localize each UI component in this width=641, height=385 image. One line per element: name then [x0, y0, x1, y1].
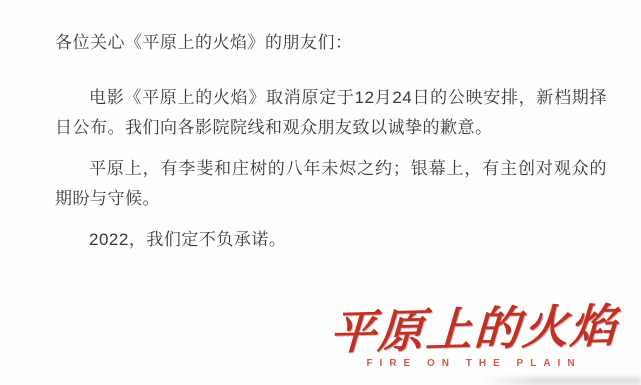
- announcement-card: 各位关心《平原上的火焰》的朋友们： 电影《平原上的火焰》取消原定于12月24日的…: [0, 0, 641, 385]
- salutation-line: 各位关心《平原上的火焰》的朋友们：: [55, 28, 607, 58]
- paragraph-2022-pledge: 2022，我们定不负承诺。: [55, 225, 607, 255]
- paragraph-cancellation-notice: 电影《平原上的火焰》取消原定于12月24日的公映安排，新档期择日公布。我们向各影…: [55, 83, 607, 143]
- movie-title-english: FIRE ON THE PLAIN: [319, 358, 629, 369]
- paragraph-promise-on-plain: 平原上，有李斐和庄树的八年未烬之约；银幕上，有主创对观众的期盼与守候。: [55, 154, 607, 214]
- cropped-watermark-smudge: [481, 377, 641, 385]
- announcement-text-block: 各位关心《平原上的火焰》的朋友们： 电影《平原上的火焰》取消原定于12月24日的…: [55, 28, 607, 266]
- movie-logo: 平原上的火焰 FIRE ON THE PLAIN: [319, 304, 629, 369]
- movie-title-calligraphy: 平原上的火焰: [318, 300, 631, 359]
